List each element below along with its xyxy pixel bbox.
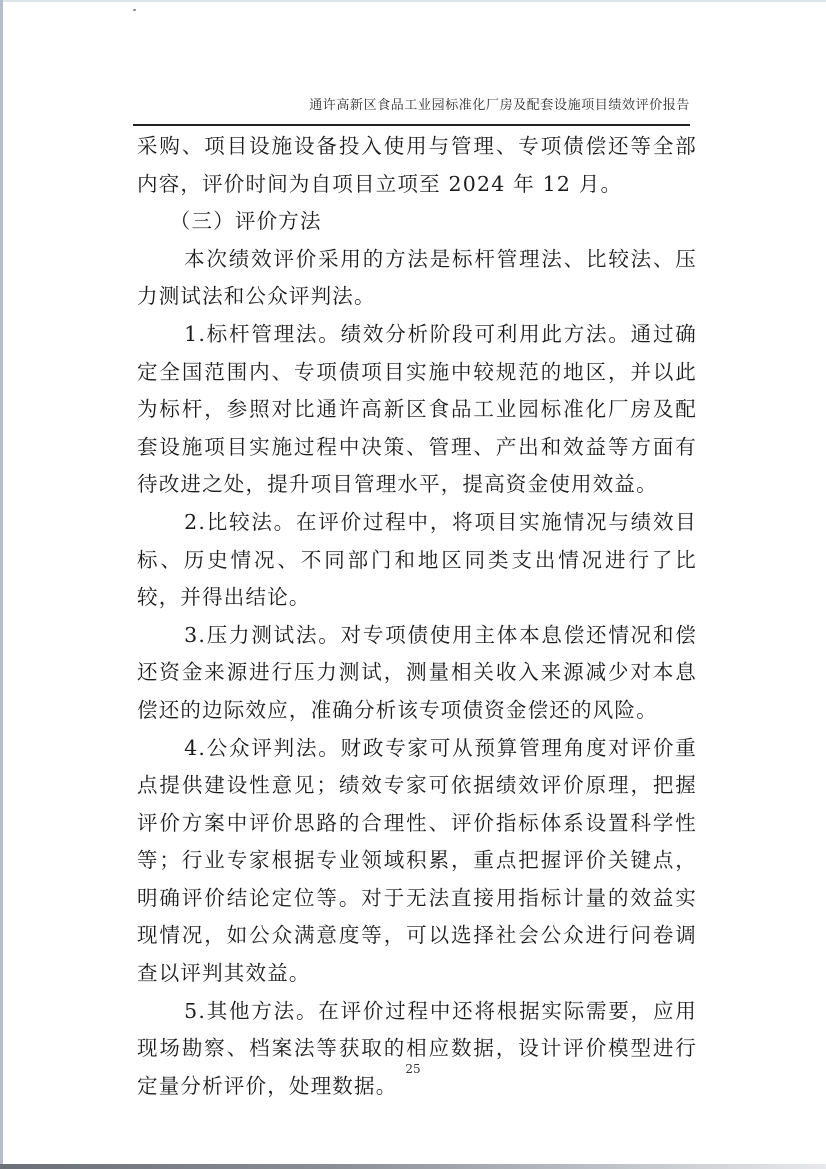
scan-speck (133, 9, 136, 11)
intro-paragraph: 本次绩效评价采用的方法是标杆管理法、比较法、压力测试法和公众评判法。 (137, 241, 697, 316)
section-heading: （三）评价方法 (137, 203, 697, 241)
scan-edge-left (0, 0, 3, 1169)
continuation-paragraph: 采购、项目设施设备投入使用与管理、专项债偿还等全部内容，评价时间为自项目立项至 … (137, 128, 697, 203)
page-number: 25 (0, 1062, 826, 1076)
method-benchmarking: 1.标杆管理法。绩效分析阶段可利用此方法。通过确定全国范围内、专项债项目实施中较… (137, 316, 697, 504)
method-stress-test: 3.压力测试法。对专项债使用主体本息偿还情况和偿还资金来源进行压力测试，测量相关… (137, 617, 697, 730)
scan-edge-bottom (0, 1164, 826, 1169)
method-other: 5.其他方法。在评价过程中还将根据实际需要，应用现场勘察、档案法等获取的相应数据… (137, 993, 697, 1106)
scan-edge-top (0, 0, 826, 2)
running-header: 通许高新区食品工业园标准化厂房及配套设施项目绩效评价报告 (133, 96, 690, 116)
method-comparison: 2.比较法。在评价过程中，将项目实施情况与绩效目标、历史情况、不同部门和地区同类… (137, 504, 697, 617)
method-public-evaluation: 4.公众评判法。财政专家可从预算管理角度对评价重点提供建设性意见；绩效专家可依据… (137, 730, 697, 993)
page-body: 采购、项目设施设备投入使用与管理、专项债偿还等全部内容，评价时间为自项目立项至 … (137, 128, 697, 1105)
header-rule (133, 124, 690, 126)
